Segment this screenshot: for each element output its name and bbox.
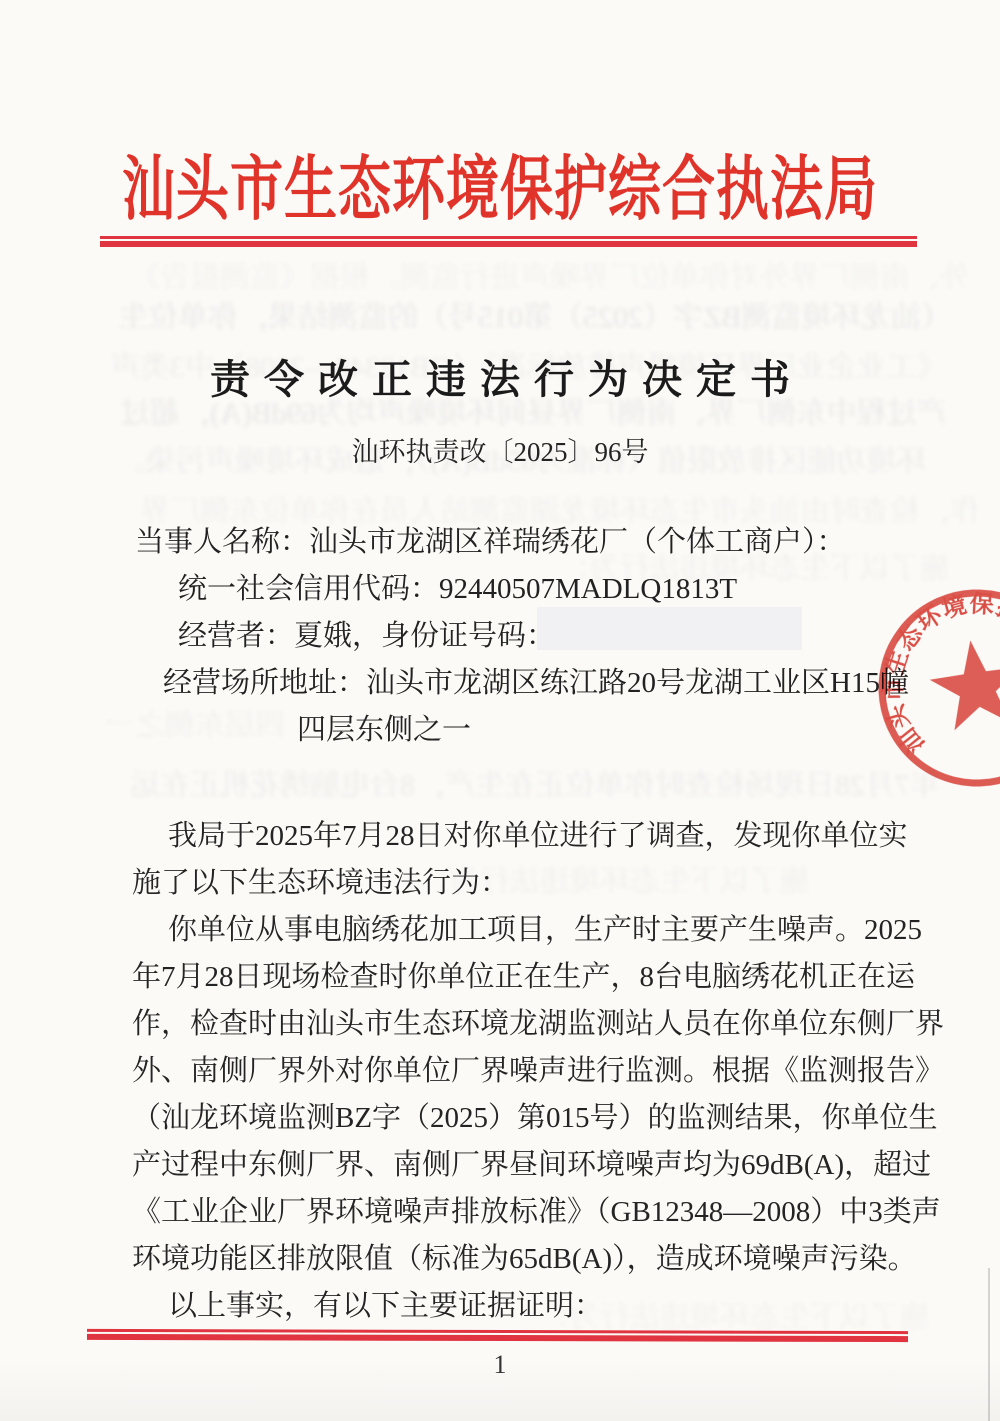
credit-code-line: 统一社会信用代码：92440507MADLQ1813T: [132, 566, 952, 613]
footer-divider-line: [87, 1329, 908, 1342]
body-line: 产过程中东侧厂界、南侧厂界昼间环境噪声均为69dB(A)，超过: [132, 1142, 952, 1189]
body-line: 作，检查时由汕头市生态环境龙湖监测站人员在你单位东侧厂界: [132, 1001, 952, 1048]
body-line: 以上事实，有以下主要证据证明：: [132, 1283, 952, 1330]
bleed-through-text: 外、南侧厂界外对你单位厂界噪声进行监测。根据《监测报告》: [130, 252, 970, 296]
body-line: 年7月28日现场检查时你单位正在生产，8台电脑绣花机正在运: [132, 954, 952, 1001]
divider-thick-line: [100, 241, 917, 247]
letterhead-divider-line: [100, 236, 917, 247]
scan-edge-shadow: [988, 1268, 990, 1421]
agency-letterhead-title: 汕头市生态环境保护综合执法局: [0, 134, 1000, 234]
party-name-line: 当事人名称：汕头市龙湖区祥瑞绣花厂（个体工商户）：: [132, 519, 952, 566]
bleed-through-text: （汕龙环境监测BZ字（2025）第015号）的监测结果，你单位生: [118, 292, 951, 336]
scanned-document-page: 外、南侧厂界外对你单位厂界噪声进行监测。根据《监测报告》 （汕龙环境监测BZ字（…: [0, 0, 1000, 1421]
bleed-through-text: 年7月28日现场检查时你单位正在生产，8台电脑绣花机正在运: [130, 760, 940, 804]
body-line: 我局于2025年7月28日对你单位进行了调查，发现你单位实: [132, 813, 952, 860]
address-line: 经营场所地址：汕头市龙湖区练江路20号龙湖工业区H15幢: [132, 660, 952, 707]
document-body: 我局于2025年7月28日对你单位进行了调查，发现你单位实 施了以下生态环境违法…: [132, 813, 952, 1330]
body-line: 环境功能区排放限值（标准为65dB(A)），造成环境噪声污染。: [132, 1236, 952, 1283]
document-reference-number: 汕环执责改〔2025〕96号: [0, 430, 1000, 469]
body-line: 《工业企业厂界环境噪声排放标准》（GB12348—2008）中3类声: [132, 1189, 952, 1236]
page-number: 1: [0, 1350, 1000, 1380]
redacted-id-number-box: [537, 607, 802, 650]
document-title: 责令改正违法行为决定书: [0, 348, 1000, 405]
body-line: 你单位从事电脑绣花加工项目，生产时主要产生噪声。2025: [132, 907, 952, 954]
body-line: 外、南侧厂界外对你单位厂界噪声进行监测。根据《监测报告》: [132, 1048, 952, 1095]
body-line: 施了以下生态环境违法行为：: [132, 860, 952, 907]
body-line: （汕龙环境监测BZ字（2025）第015号）的监测结果，你单位生: [132, 1095, 952, 1142]
address-line-continued: 四层东侧之一: [132, 707, 952, 754]
divider-thick-line: [87, 1334, 908, 1342]
